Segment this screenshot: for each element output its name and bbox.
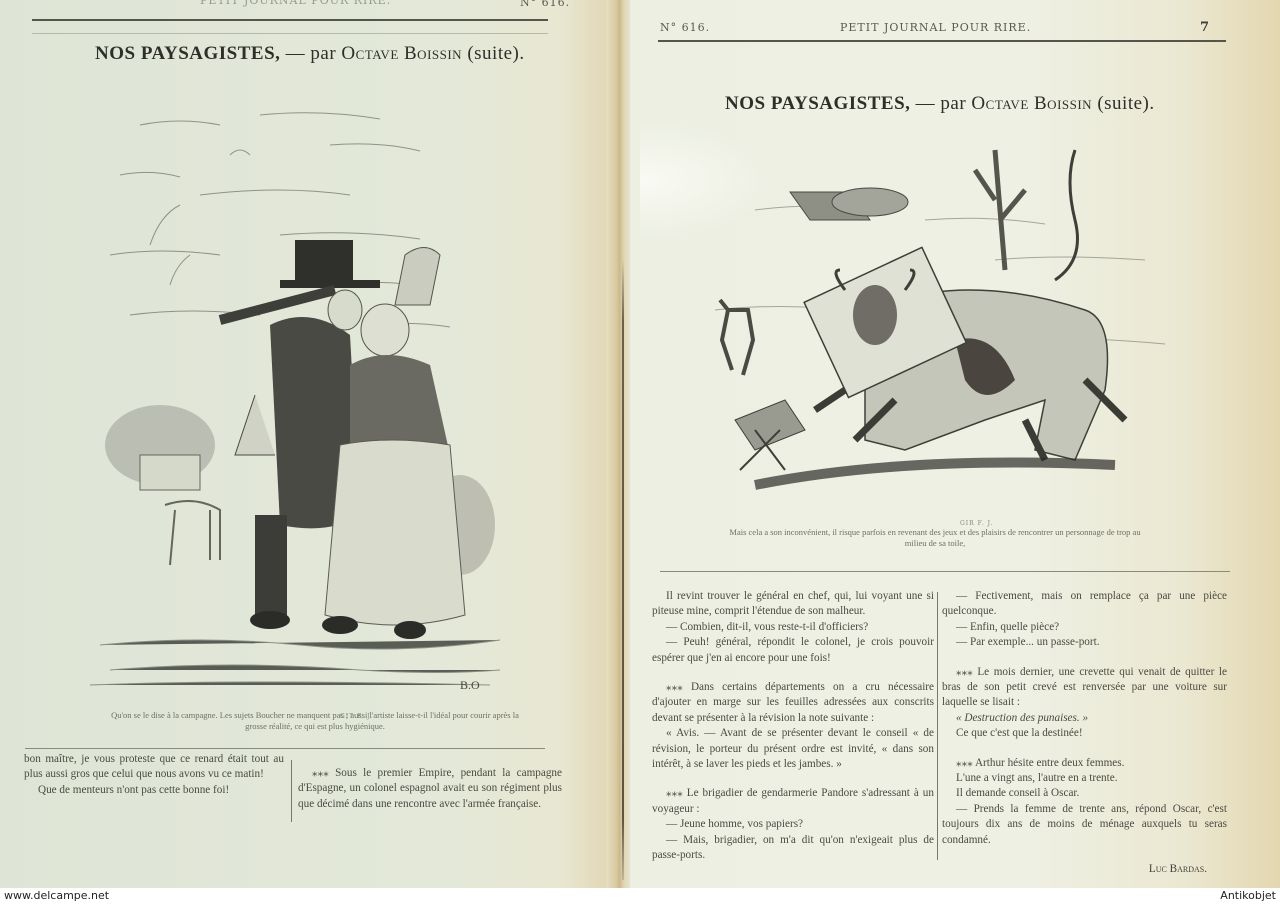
- running-head: PETIT JOURNAL POUR RIRE.: [840, 21, 1031, 34]
- paragraph: Il demande conseil à Oscar.: [942, 786, 1227, 801]
- paragraph: ⁎⁎⁎ Sous le premier Empire, pendant la c…: [298, 766, 562, 812]
- paragraph: — Prends la femme de trente ans, répond …: [942, 802, 1227, 848]
- caption-rule: [25, 748, 545, 749]
- left-page: PETIT JOURNAL POUR RIRE. N° 616. NOS PAY…: [0, 0, 610, 888]
- paragraph: « Avis. — Avant de se présenter devant l…: [652, 726, 934, 772]
- paragraph: — Combien, dit-il, vous reste-t-il d'off…: [652, 620, 934, 635]
- right-column-1: Il revint trouver le général en chef, qu…: [652, 589, 934, 864]
- issue-number: N° 616.: [660, 21, 710, 34]
- page-crease: [622, 260, 624, 880]
- title-suffix: (suite).: [1092, 93, 1155, 114]
- paragraph-gap: [652, 666, 934, 680]
- author-signature: Luc Bardas.: [942, 862, 1227, 877]
- column-divider: [937, 592, 938, 860]
- title-author: Octave Boissin: [341, 43, 462, 64]
- title-author: Octave Boissin: [971, 93, 1092, 114]
- illustration-caption: Qu'on se le dise à la campagne. Les suje…: [110, 710, 520, 732]
- title-suffix: (suite).: [462, 43, 525, 64]
- illustration-caption: Mais cela a son inconvénient, il risque …: [725, 527, 1145, 549]
- paragraph: bon maître, je vous proteste que ce rena…: [24, 752, 284, 783]
- right-column-2: — Fectivement, mais on remplace ça par u…: [942, 589, 1227, 878]
- paragraph: ⁎⁎⁎ Dans certains départements on a cru …: [652, 680, 934, 726]
- issue-number: N° 616.: [520, 0, 570, 9]
- journal-spread: PETIT JOURNAL POUR RIRE. N° 616. NOS PAY…: [0, 0, 1280, 888]
- book-gutter: [606, 0, 632, 888]
- header-rule: [658, 40, 1226, 42]
- paragraph: — Fectivement, mais on remplace ça par u…: [942, 589, 1227, 620]
- paragraph: — Jeune homme, vos papiers?: [652, 817, 934, 832]
- paragraph: « Destruction des punaises. »: [942, 711, 1227, 726]
- bleed-rule: [32, 33, 548, 34]
- watermark-left: www.delcampe.net: [4, 889, 109, 902]
- paragraph: ⁎⁎⁎ Arthur hésite entre deux femmes.: [942, 756, 1227, 771]
- paragraph: L'une a vingt ans, l'autre en a trente.: [942, 771, 1227, 786]
- title-par: par: [940, 93, 971, 114]
- running-head: PETIT JOURNAL POUR RIRE.: [200, 0, 391, 7]
- paragraph-gap: [652, 772, 934, 786]
- watermark-bar: www.delcampe.net Antikobjet: [0, 888, 1280, 904]
- title-dash: —: [910, 93, 940, 114]
- paragraph: — Enfin, quelle pièce?: [942, 620, 1227, 635]
- page-number: 7: [1200, 20, 1210, 35]
- paragraph: ⁎⁎⁎ Le mois dernier, une crevette qui ve…: [942, 665, 1227, 711]
- paragraph-gap: [942, 848, 1227, 862]
- column-divider: [291, 760, 292, 822]
- left-column-1: bon maître, je vous proteste que ce rena…: [24, 752, 284, 798]
- title-main: NOS PAYSAGISTES,: [95, 43, 280, 64]
- engraving-couple-illustration: B.O: [80, 85, 500, 700]
- title-dash: —: [280, 43, 310, 64]
- photo-glare: [640, 120, 780, 240]
- paragraph: Que de menteurs n'ont pas cette bonne fo…: [24, 783, 284, 798]
- left-column-2: ⁎⁎⁎ Sous le premier Empire, pendant la c…: [298, 766, 562, 812]
- paragraph-gap: [942, 742, 1227, 756]
- illustration-signature: B.O: [460, 678, 480, 692]
- engraver-mark: GIR F. J.: [960, 520, 993, 527]
- paragraph: Il revint trouver le général en chef, qu…: [652, 589, 934, 620]
- paragraph: ⁎⁎⁎ Le brigadier de gendarmerie Pandore …: [652, 786, 934, 817]
- paragraph: — Mais, brigadier, on m'a dit qu'on n'ex…: [652, 833, 934, 864]
- paragraph: Ce que c'est que la destinée!: [942, 726, 1227, 741]
- watermark-right: Antikobjet: [1220, 889, 1276, 902]
- article-title: NOS PAYSAGISTES, — par Octave Boissin (s…: [725, 93, 1155, 115]
- title-par: par: [310, 43, 341, 64]
- paragraph: — Peuh! général, répondit le colonel, je…: [652, 635, 934, 666]
- paragraph-gap: [942, 651, 1227, 665]
- caption-rule: [660, 571, 1230, 572]
- article-title: NOS PAYSAGISTES, — par Octave Boissin (s…: [95, 43, 525, 65]
- header-rule: [32, 19, 548, 21]
- paragraph: — Par exemple... un passe-port.: [942, 635, 1227, 650]
- title-main: NOS PAYSAGISTES,: [725, 93, 910, 114]
